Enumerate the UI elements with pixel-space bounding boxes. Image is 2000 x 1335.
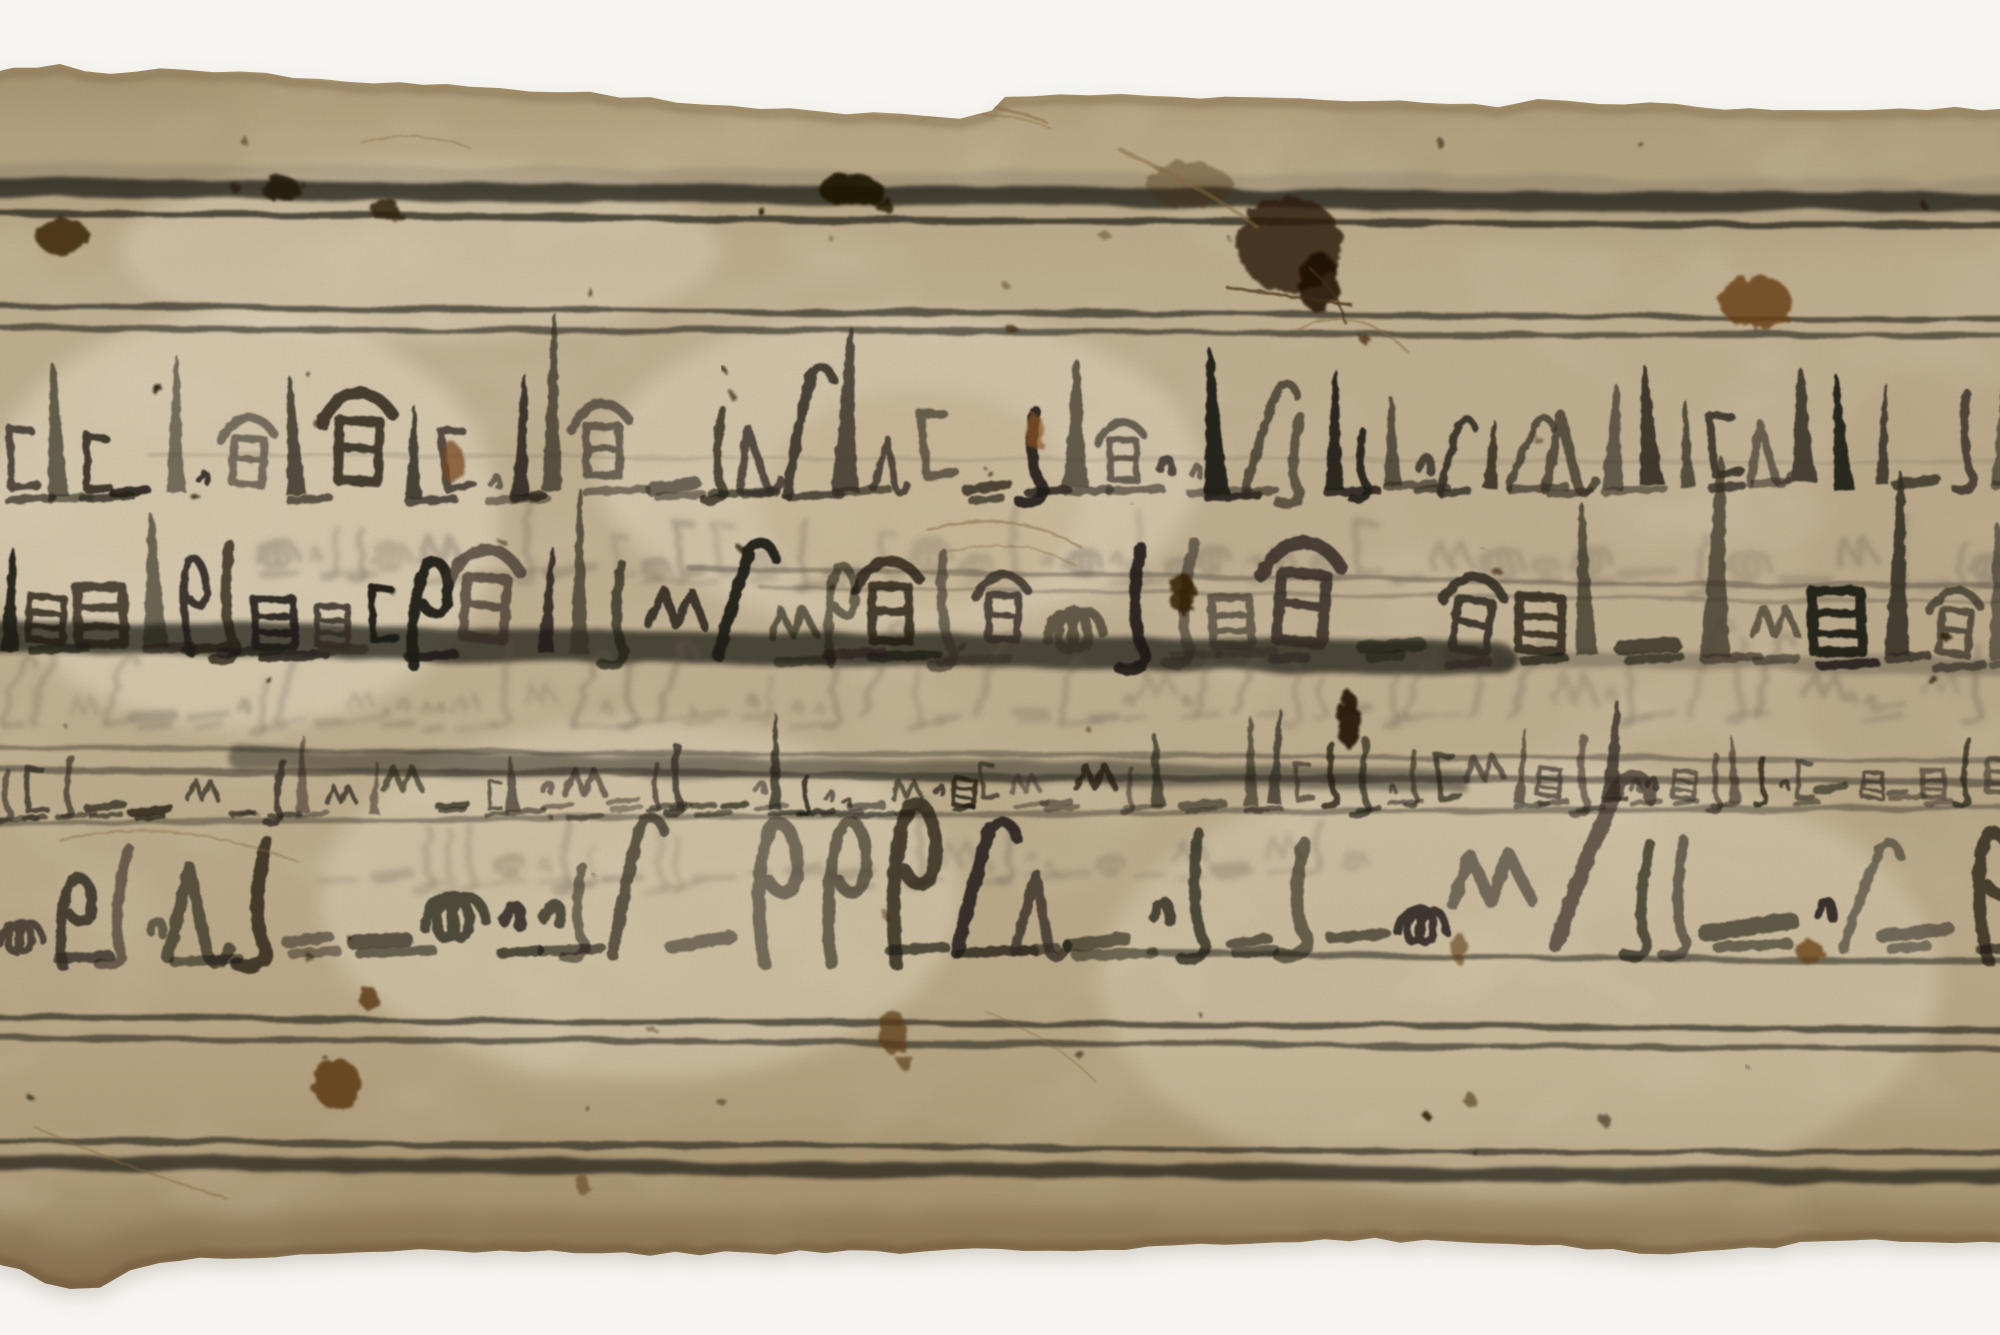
paper-surface	[0, 0, 2000, 1335]
manuscript-photo	[0, 0, 2000, 1335]
paper-grain-texture	[0, 0, 2000, 1335]
manuscript-photo-canvas	[0, 0, 2000, 1335]
